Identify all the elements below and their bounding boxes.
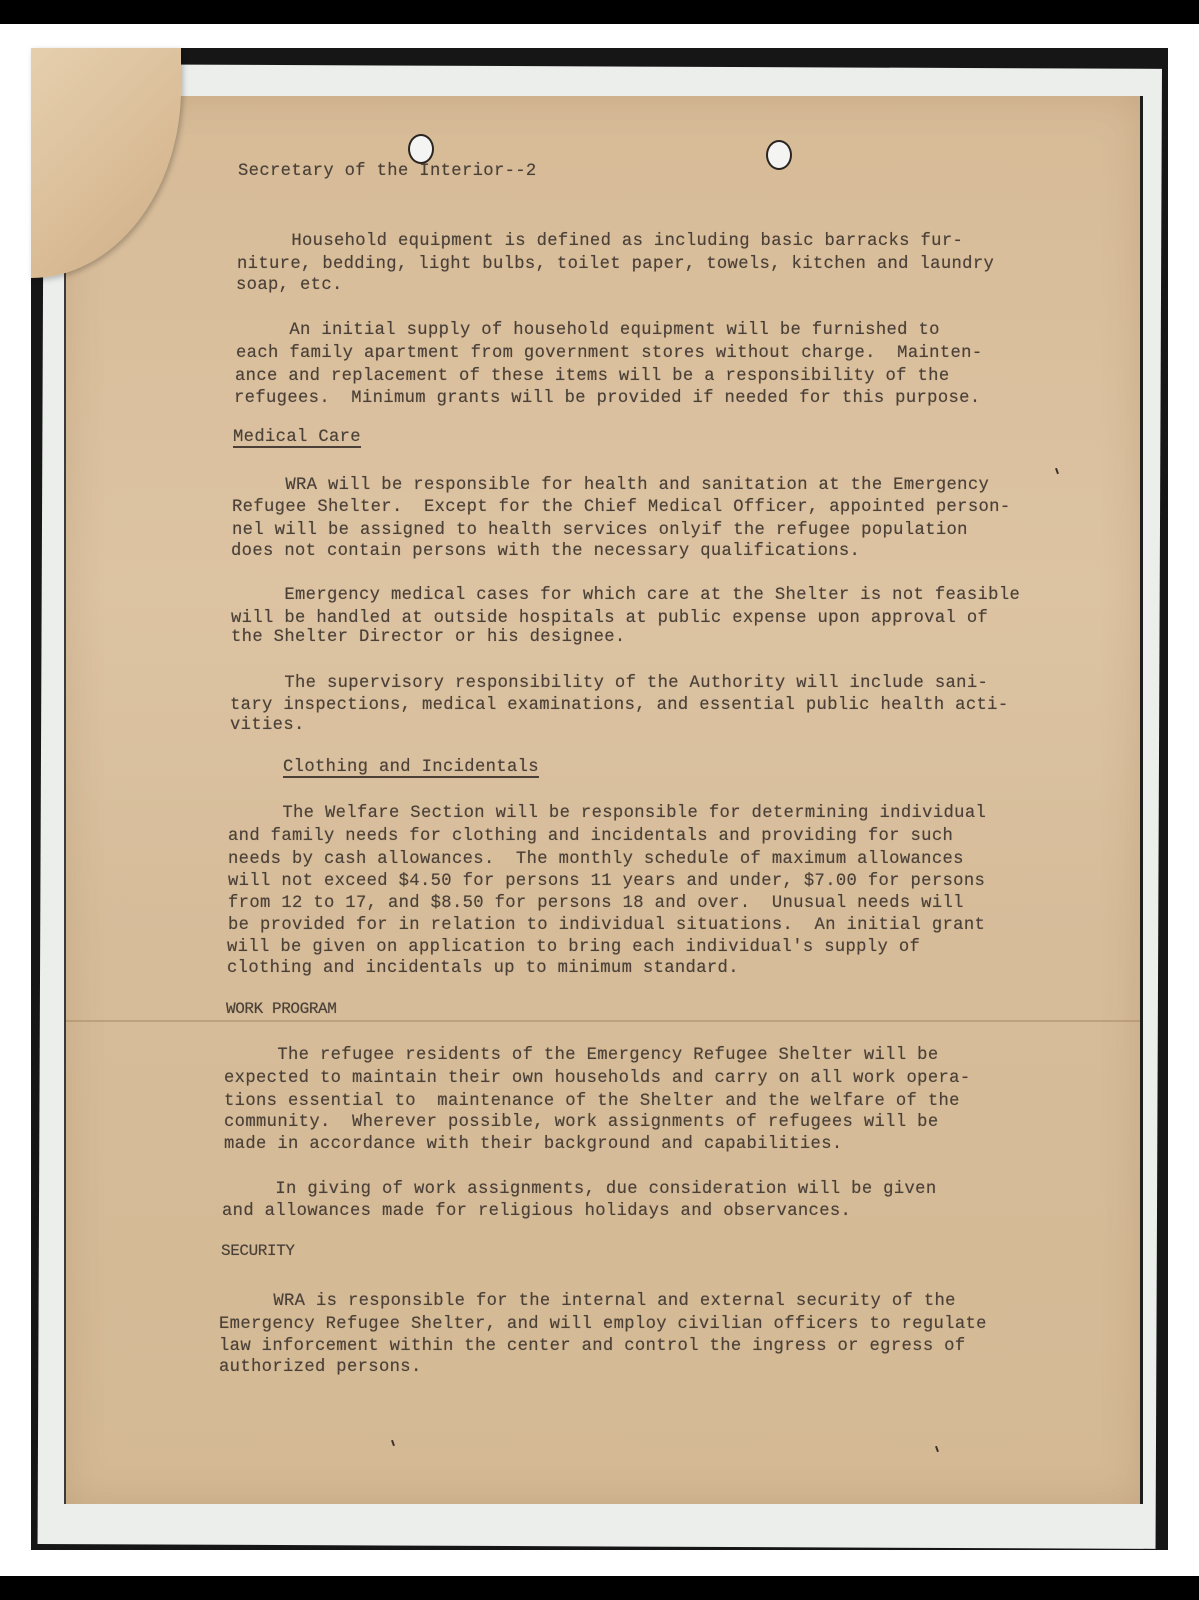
text-line: The supervisory responsibility of the Au… [231, 674, 988, 694]
text-line: WRA will be responsible for health and s… [232, 476, 989, 496]
text-line: each family apartment from government st… [236, 344, 983, 364]
text-line: made in accordance with their background… [224, 1135, 843, 1155]
text-line: will be given on application to bring ea… [227, 938, 920, 958]
text-line: authorized persons. [219, 1358, 422, 1378]
text-line: and family needs for clothing and incide… [228, 827, 953, 847]
text-line: soap, etc. [236, 276, 343, 296]
text-line: will be handled at outside hospitals at … [231, 609, 988, 629]
text-line: WRA is responsible for the internal and … [220, 1292, 956, 1312]
text-line: ance and replacement of these items will… [235, 367, 950, 387]
text-line: law inforcement within the center and co… [219, 1337, 966, 1357]
text-line: tary inspections, medical examinations, … [230, 696, 1008, 716]
text-line: The refugee residents of the Emergency R… [224, 1046, 939, 1066]
text-line: needs by cash allowances. The monthly sc… [228, 850, 964, 870]
text-line: nel will be assigned to health services … [232, 521, 968, 541]
text-line: and allowances made for religious holida… [222, 1202, 851, 1222]
text-line: tions essential to maintenance of the Sh… [224, 1092, 960, 1112]
text-line: be provided for in relation to individua… [228, 916, 985, 936]
text-line: the Shelter Director or his designee. [231, 628, 626, 648]
text-line: Emergency Refugee Shelter, and will empl… [219, 1315, 987, 1335]
document-page: Secretary of the Interior--2 Household e… [64, 96, 1143, 1504]
text-line: In giving of work assignments, due consi… [222, 1180, 937, 1200]
text-line: does not contain persons with the necess… [231, 542, 860, 562]
page-header: Secretary of the Interior--2 [238, 162, 537, 182]
text-line: niture, bedding, light bulbs, toilet pap… [237, 255, 994, 275]
section-heading-work-program: WORK PROGRAM [226, 999, 336, 1019]
text-line: expected to maintain their own household… [224, 1069, 971, 1089]
text-line: clothing and incidentals up to minimum s… [227, 959, 739, 979]
text-line: An initial supply of household equipment… [236, 321, 940, 341]
section-heading-clothing: Clothing and Incidentals [283, 758, 539, 778]
text-line: will not exceed $4.50 for persons 11 yea… [228, 872, 985, 892]
text-line: refugees. Minimum grants will be provide… [234, 389, 981, 409]
text-line: Refugee Shelter. Except for the Chief Me… [232, 498, 1010, 518]
text-line: The Welfare Section will be responsible … [229, 804, 986, 824]
text-line: Household equipment is defined as includ… [238, 232, 963, 252]
text-line: from 12 to 17, and $8.50 for persons 18 … [228, 894, 964, 914]
section-heading-security: SECURITY [221, 1241, 295, 1261]
text-line: community. Wherever possible, work assig… [224, 1113, 939, 1133]
text-line: vities. [230, 716, 305, 736]
typed-text: Secretary of the Interior--2 Household e… [66, 96, 1140, 1504]
text-line: Emergency medical cases for which care a… [231, 586, 1020, 606]
section-heading-medical-care: Medical Care [233, 428, 361, 448]
